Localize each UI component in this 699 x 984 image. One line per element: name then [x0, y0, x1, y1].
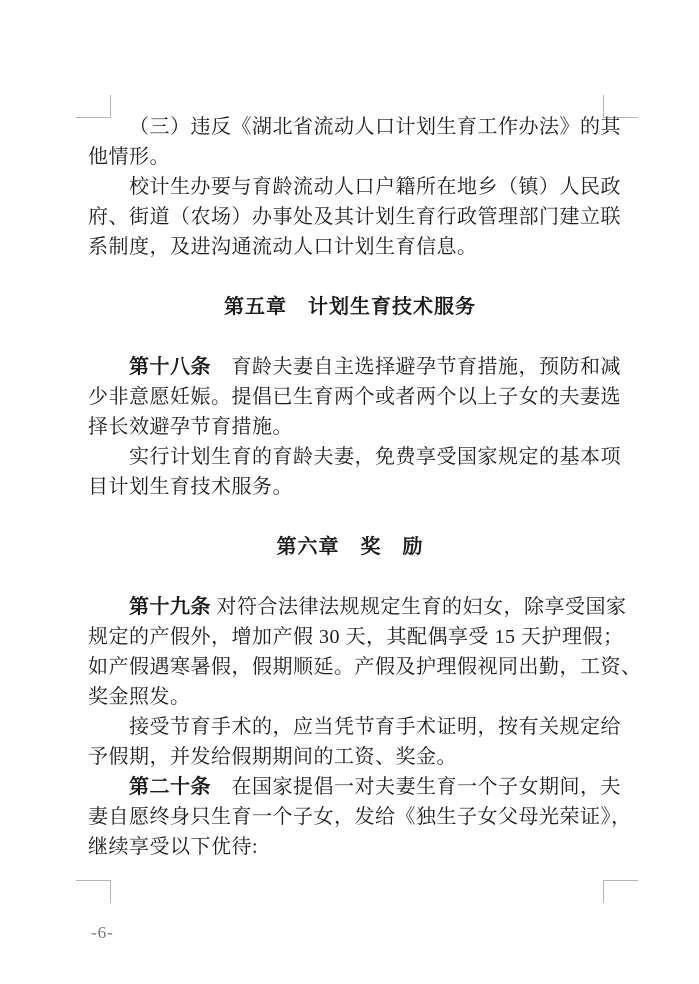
- document-line: 第二十条 在国家提倡一对夫妻生育一个子女期间，夫: [88, 772, 612, 802]
- document-line: 他情形。: [88, 142, 612, 172]
- document-line: 予假期，并发给假期期间的工资、奖金。: [88, 742, 612, 772]
- document-page: （三）违反《湖北省流动人口计划生育工作办法》的其他情形。校计生办要与育龄流动人口…: [0, 0, 699, 984]
- document-line: （三）违反《湖北省流动人口计划生育工作办法》的其: [88, 112, 612, 142]
- document-line: 如产假遇寒暑假，假期顺延。产假及护理假视同出勤，工资、: [88, 652, 612, 682]
- document-line: 奖金照发。: [88, 682, 612, 712]
- document-line: 目计划生育技术服务。: [88, 472, 612, 502]
- document-line: 校计生办要与育龄流动人口户籍所在地乡（镇）人民政: [88, 172, 612, 202]
- blank-line: [88, 562, 612, 592]
- document-body: （三）违反《湖北省流动人口计划生育工作办法》的其他情形。校计生办要与育龄流动人口…: [88, 112, 612, 862]
- document-line: 第十八条 育龄夫妻自主选择避孕节育措施，预防和减: [88, 352, 612, 382]
- document-line: 少非意愿妊娠。提倡已生育两个或者两个以上子女的夫妻选: [88, 382, 612, 412]
- crop-mark-bottom-left: [76, 880, 111, 903]
- article-number: 第十九条: [129, 596, 211, 618]
- chapter-heading: 第六章 奖 励: [88, 532, 612, 562]
- document-line: 接受节育手术的，应当凭节育手术证明，按有关规定给: [88, 712, 612, 742]
- document-line: 规定的产假外，增加产假 30 天，其配偶享受 15 天护理假；: [88, 622, 612, 652]
- article-number: 第十八条: [129, 356, 211, 378]
- document-line: 第十九条 对符合法律法规规定生育的妇女，除享受国家: [88, 592, 612, 622]
- document-line: 择长效避孕节育措施。: [88, 412, 612, 442]
- blank-line: [88, 262, 612, 292]
- document-line: 实行计划生育的育龄夫妻，免费享受国家规定的基本项: [88, 442, 612, 472]
- page-number: -6-: [91, 921, 114, 945]
- blank-line: [88, 322, 612, 352]
- crop-mark-bottom-right: [603, 880, 638, 903]
- document-line: 继续享受以下优待:: [88, 832, 612, 862]
- document-line: 妻自愿终身只生育一个子女，发给《独生子女父母光荣证》，: [88, 802, 612, 832]
- article-number: 第二十条: [129, 776, 211, 798]
- document-line: 府、街道（农场）办事处及其计划生育行政管理部门建立联: [88, 202, 612, 232]
- blank-line: [88, 502, 612, 532]
- chapter-heading: 第五章 计划生育技术服务: [88, 292, 612, 322]
- document-line: 系制度，及进沟通流动人口计划生育信息。: [88, 232, 612, 262]
